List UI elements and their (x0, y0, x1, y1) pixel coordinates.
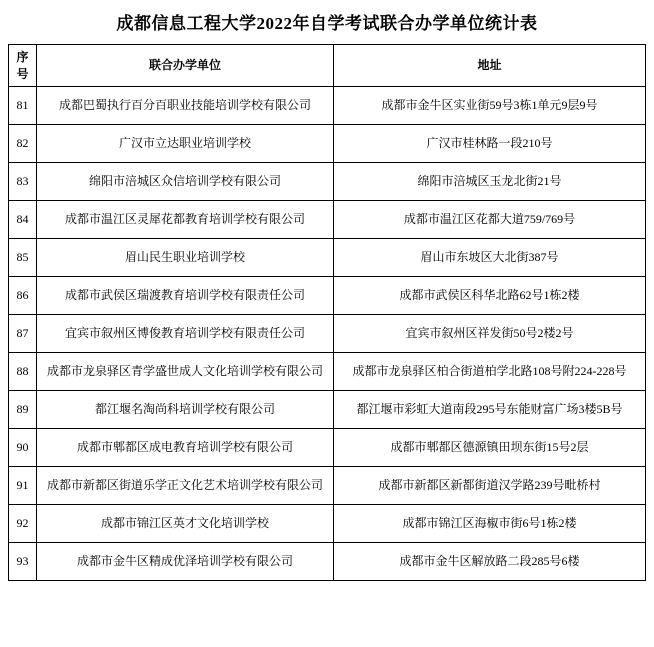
unit-cell: 成都市龙泉驿区青学盛世成人文化培训学校有限公司 (37, 353, 334, 391)
row-number-cell: 89 (9, 391, 37, 429)
column-header-unit: 联合办学单位 (37, 45, 334, 87)
address-cell: 成都市金牛区解放路二段285号6楼 (334, 543, 646, 581)
unit-cell: 成都市锦江区英才文化培训学校 (37, 505, 334, 543)
unit-cell: 都江堰名淘尚科培训学校有限公司 (37, 391, 334, 429)
table-row: 83绵阳市涪城区众信培训学校有限公司绵阳市涪城区玉龙北街21号 (9, 163, 646, 201)
table-row: 84成都市温江区灵犀花都教育培训学校有限公司成都市温江区花都大道759/769号 (9, 201, 646, 239)
column-header-no: 序号 (9, 45, 37, 87)
address-cell: 绵阳市涪城区玉龙北街21号 (334, 163, 646, 201)
row-number-cell: 85 (9, 239, 37, 277)
address-cell: 成都市武侯区科华北路62号1栋2楼 (334, 277, 646, 315)
unit-cell: 成都市新都区街道乐学正文化艺术培训学校有限公司 (37, 467, 334, 505)
unit-cell: 成都巴蜀执行百分百职业技能培训学校有限公司 (37, 87, 334, 125)
address-cell: 宜宾市叙州区祥发街50号2楼2号 (334, 315, 646, 353)
row-number-cell: 86 (9, 277, 37, 315)
address-cell: 成都市金牛区实业街59号3栋1单元9层9号 (334, 87, 646, 125)
table-row: 81成都巴蜀执行百分百职业技能培训学校有限公司成都市金牛区实业街59号3栋1单元… (9, 87, 646, 125)
table-row: 88成都市龙泉驿区青学盛世成人文化培训学校有限公司成都市龙泉驿区柏合街道柏学北路… (9, 353, 646, 391)
unit-cell: 绵阳市涪城区众信培训学校有限公司 (37, 163, 334, 201)
row-number-cell: 88 (9, 353, 37, 391)
address-cell: 都江堰市彩虹大道南段295号东能财富广场3楼5B号 (334, 391, 646, 429)
unit-cell: 成都市金牛区精成优泽培训学校有限公司 (37, 543, 334, 581)
page-title: 成都信息工程大学2022年自学考试联合办学单位统计表 (0, 14, 654, 34)
units-table: 序号 联合办学单位 地址 81成都巴蜀执行百分百职业技能培训学校有限公司成都市金… (8, 44, 646, 581)
row-number-cell: 84 (9, 201, 37, 239)
table-row: 86成都市武侯区瑞渡教育培训学校有限责任公司成都市武侯区科华北路62号1栋2楼 (9, 277, 646, 315)
document-page: 成都信息工程大学2022年自学考试联合办学单位统计表 序号 联合办学单位 地址 … (0, 0, 654, 647)
unit-cell: 成都市温江区灵犀花都教育培训学校有限公司 (37, 201, 334, 239)
table-row: 89都江堰名淘尚科培训学校有限公司都江堰市彩虹大道南段295号东能财富广场3楼5… (9, 391, 646, 429)
table-body: 81成都巴蜀执行百分百职业技能培训学校有限公司成都市金牛区实业街59号3栋1单元… (9, 87, 646, 581)
header-row: 序号 联合办学单位 地址 (9, 45, 646, 87)
address-cell: 广汉市桂林路一段210号 (334, 125, 646, 163)
row-number-cell: 81 (9, 87, 37, 125)
address-cell: 成都市锦江区海椒市街6号1栋2楼 (334, 505, 646, 543)
row-number-cell: 93 (9, 543, 37, 581)
row-number-cell: 87 (9, 315, 37, 353)
table-row: 91成都市新都区街道乐学正文化艺术培训学校有限公司成都市新都区新都街道汉学路23… (9, 467, 646, 505)
table-row: 92成都市锦江区英才文化培训学校成都市锦江区海椒市街6号1栋2楼 (9, 505, 646, 543)
row-number-cell: 92 (9, 505, 37, 543)
unit-cell: 广汉市立达职业培训学校 (37, 125, 334, 163)
address-cell: 成都市郫都区德源镇田坝东街15号2层 (334, 429, 646, 467)
row-number-cell: 82 (9, 125, 37, 163)
address-cell: 成都市新都区新都街道汉学路239号毗桥村 (334, 467, 646, 505)
table-row: 93成都市金牛区精成优泽培训学校有限公司成都市金牛区解放路二段285号6楼 (9, 543, 646, 581)
unit-cell: 成都市郫都区成电教育培训学校有限公司 (37, 429, 334, 467)
table-row: 90成都市郫都区成电教育培训学校有限公司成都市郫都区德源镇田坝东街15号2层 (9, 429, 646, 467)
column-header-address: 地址 (334, 45, 646, 87)
address-cell: 眉山市东坡区大北街387号 (334, 239, 646, 277)
unit-cell: 宜宾市叙州区博俊教育培训学校有限责任公司 (37, 315, 334, 353)
table-row: 85眉山民生职业培训学校眉山市东坡区大北街387号 (9, 239, 646, 277)
row-number-cell: 91 (9, 467, 37, 505)
address-cell: 成都市龙泉驿区柏合街道柏学北路108号附224-228号 (334, 353, 646, 391)
unit-cell: 成都市武侯区瑞渡教育培训学校有限责任公司 (37, 277, 334, 315)
row-number-cell: 90 (9, 429, 37, 467)
table-row: 87宜宾市叙州区博俊教育培训学校有限责任公司宜宾市叙州区祥发街50号2楼2号 (9, 315, 646, 353)
row-number-cell: 83 (9, 163, 37, 201)
unit-cell: 眉山民生职业培训学校 (37, 239, 334, 277)
table-row: 82广汉市立达职业培训学校广汉市桂林路一段210号 (9, 125, 646, 163)
address-cell: 成都市温江区花都大道759/769号 (334, 201, 646, 239)
